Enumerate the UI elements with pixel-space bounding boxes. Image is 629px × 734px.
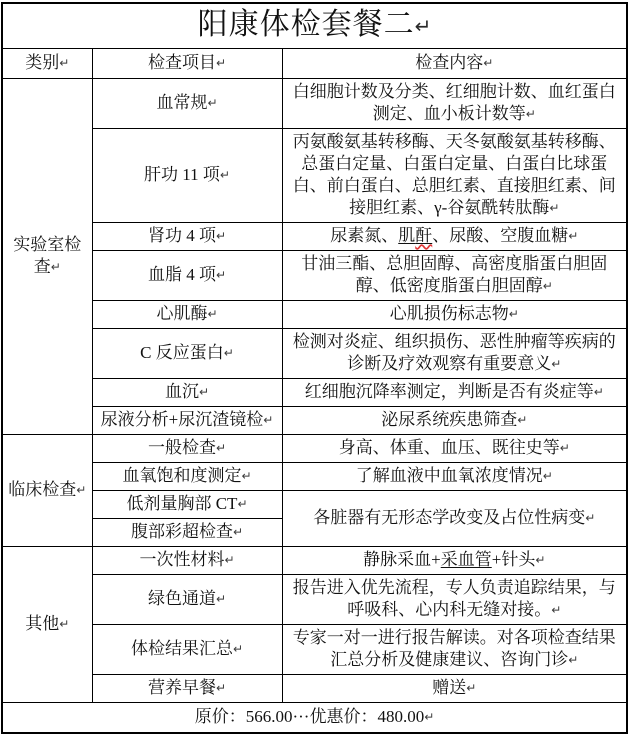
title-text: 阳康体检套餐二 xyxy=(198,8,415,41)
item-cell: 尿液分析+尿沉渣镜检↵ xyxy=(92,407,282,435)
content-cell: 专家一对一进行报告解读。对各项检查结果汇总分析及健康建议、咨询门诊↵ xyxy=(282,625,627,675)
return-mark: ↵ xyxy=(549,197,559,219)
price-summary: 原价：566.00···优惠价：480.00↵ xyxy=(2,703,627,734)
content-cell: 甘油三酯、总胆固醇、高密度脂蛋白胆固醇、低密度脂蛋白胆固醇↵ xyxy=(282,251,627,301)
return-mark: ↵ xyxy=(216,437,226,459)
space-dots: ··· xyxy=(292,707,309,726)
table-row-general-exam: 临床检查↵ 一般检查↵ 身高、体重、血压、既往史等↵ xyxy=(2,435,627,463)
underlined-term: 肌酐 xyxy=(398,226,432,245)
item-cell: 血氧饱和度测定↵ xyxy=(92,463,282,491)
checkup-package-table: 阳康体检套餐二↵ 类别↵ 检查项目↵ 检查内容↵ 实验室检查↵ 血常规↵ 白细胞… xyxy=(1,2,628,734)
category-cell-other: 其他↵ xyxy=(2,547,92,703)
return-mark: ↵ xyxy=(594,381,604,403)
table-row-crp: C 反应蛋白↵ 检测对炎症、组织损伤、恶性肿瘤等疾病的诊断及疗效观察有重要意义↵ xyxy=(2,329,627,379)
content-cell: 静脉采血+采血管+针头↵ xyxy=(282,547,627,575)
return-mark: ↵ xyxy=(59,52,69,75)
item-cell: 营养早餐↵ xyxy=(92,675,282,703)
content-cell: 丙氨酸氨基转移酶、天冬氨酸氨基转移酶、总蛋白定量、白蛋白定量、白蛋白比球蛋白、前… xyxy=(282,129,627,223)
content-cell: 了解血液中血氧浓度情况↵ xyxy=(282,463,627,491)
return-mark: ↵ xyxy=(233,521,243,543)
item-cell: 一次性材料↵ xyxy=(92,547,282,575)
item-cell: 血沉↵ xyxy=(92,379,282,407)
content-cell: 心肌损伤标志物↵ xyxy=(282,301,627,329)
content-cell: 赠送↵ xyxy=(282,675,627,703)
table-row-report-summary: 体检结果汇总↵ 专家一对一进行报告解读。对各项检查结果汇总分析及健康建议、咨询门… xyxy=(2,625,627,675)
return-mark: ↵ xyxy=(551,599,561,621)
content-cell: 泌尿系统疾患筛查↵ xyxy=(282,407,627,435)
spellcheck-squiggle-term: 酐 xyxy=(415,226,432,245)
return-mark: ↵ xyxy=(199,381,209,403)
return-mark: ↵ xyxy=(517,409,527,431)
page-title: 阳康体检套餐二↵ xyxy=(2,3,627,49)
item-cell: C 反应蛋白↵ xyxy=(92,329,282,379)
return-mark: ↵ xyxy=(237,493,247,515)
return-mark: ↵ xyxy=(466,677,476,699)
return-mark: ↵ xyxy=(241,465,251,487)
return-mark: ↵ xyxy=(51,256,61,278)
document-page: 阳康体检套餐二↵ 类别↵ 检查项目↵ 检查内容↵ 实验室检查↵ 血常规↵ 白细胞… xyxy=(0,0,627,734)
column-header-category: 类别↵ xyxy=(2,49,92,79)
table-row-liver-function: 肝功 11 项↵ 丙氨酸氨基转移酶、天冬氨酸氨基转移酶、总蛋白定量、白蛋白定量、… xyxy=(2,129,627,223)
price-row: 原价：566.00···优惠价：480.00↵ xyxy=(2,703,627,734)
content-cell: 尿素氮、肌酐、尿酸、空腹血糖↵ xyxy=(282,223,627,251)
return-mark: ↵ xyxy=(543,275,553,297)
item-cell: 肝功 11 项↵ xyxy=(92,129,282,223)
return-mark: ↵ xyxy=(216,677,226,699)
item-cell: 绿色通道↵ xyxy=(92,575,282,625)
return-mark: ↵ xyxy=(424,706,434,729)
table-row-kidney-function: 肾功 4 项↵ 尿素氮、肌酐、尿酸、空腹血糖↵ xyxy=(2,223,627,251)
title-row: 阳康体检套餐二↵ xyxy=(2,3,627,49)
item-cell: 低剂量胸部 CT↵ xyxy=(92,491,282,519)
discount-price-label: 优惠价： xyxy=(309,707,377,726)
return-mark: ↵ xyxy=(483,52,493,75)
table-row-chest-ct: 低剂量胸部 CT↵ 各脏器有无形态学改变及占位性病变↵ xyxy=(2,491,627,519)
original-price-label: 原价： xyxy=(195,707,246,726)
return-mark: ↵ xyxy=(233,638,243,660)
return-mark: ↵ xyxy=(543,465,553,487)
column-header-content: 检查内容↵ xyxy=(282,49,627,79)
item-cell: 肾功 4 项↵ xyxy=(92,223,282,251)
column-header-item: 检查项目↵ xyxy=(92,49,282,79)
return-mark: ↵ xyxy=(76,479,86,501)
item-cell: 体检结果汇总↵ xyxy=(92,625,282,675)
original-price-value: 566.00 xyxy=(246,707,293,726)
item-cell: 心肌酶↵ xyxy=(92,301,282,329)
discount-price-value: 480.00 xyxy=(377,707,424,726)
return-mark: ↵ xyxy=(415,7,432,45)
return-mark: ↵ xyxy=(526,103,536,125)
return-mark: ↵ xyxy=(216,225,226,247)
table-row-green-channel: 绿色通道↵ 报告进入优先流程，专人负责追踪结果，与呼吸科、心内科无缝对接。↵ xyxy=(2,575,627,625)
return-mark: ↵ xyxy=(216,52,226,75)
return-mark: ↵ xyxy=(568,225,578,247)
return-mark: ↵ xyxy=(509,303,519,325)
table-row-urinalysis: 尿液分析+尿沉渣镜检↵ 泌尿系统疾患筛查↵ xyxy=(2,407,627,435)
return-mark: ↵ xyxy=(263,409,273,431)
category-cell-clinical: 临床检查↵ xyxy=(2,435,92,547)
item-cell: 血脂 4 项↵ xyxy=(92,251,282,301)
underlined-term: 采血管 xyxy=(441,550,492,569)
table-row-cardiac-enzyme: 心肌酶↵ 心肌损伤标志物↵ xyxy=(2,301,627,329)
table-row-blood-routine: 实验室检查↵ 血常规↵ 白细胞计数及分类、红细胞计数、血红蛋白测定、血小板计数等… xyxy=(2,79,627,129)
header-row: 类别↵ 检查项目↵ 检查内容↵ xyxy=(2,49,627,79)
table-row-spo2: 血氧饱和度测定↵ 了解血液中血氧浓度情况↵ xyxy=(2,463,627,491)
item-cell: 一般检查↵ xyxy=(92,435,282,463)
content-cell: 白细胞计数及分类、红细胞计数、血红蛋白测定、血小板计数等↵ xyxy=(282,79,627,129)
table-row-esr: 血沉↵ 红细胞沉降率测定，判断是否有炎症等↵ xyxy=(2,379,627,407)
return-mark: ↵ xyxy=(224,549,234,571)
item-cell: 血常规↵ xyxy=(92,79,282,129)
table-row-blood-lipid: 血脂 4 项↵ 甘油三酯、总胆固醇、高密度脂蛋白胆固醇、低密度脂蛋白胆固醇↵ xyxy=(2,251,627,301)
return-mark: ↵ xyxy=(560,437,570,459)
content-cell-imaging-merged: 各脏器有无形态学改变及占位性病变↵ xyxy=(282,491,627,547)
return-mark: ↵ xyxy=(207,92,217,114)
return-mark: ↵ xyxy=(59,613,69,635)
return-mark: ↵ xyxy=(585,507,595,529)
content-cell: 身高、体重、血压、既往史等↵ xyxy=(282,435,627,463)
item-cell: 腹部彩超检查↵ xyxy=(92,519,282,547)
content-cell: 红细胞沉降率测定，判断是否有炎症等↵ xyxy=(282,379,627,407)
table-row-breakfast: 营养早餐↵ 赠送↵ xyxy=(2,675,627,703)
return-mark: ↵ xyxy=(220,164,230,186)
return-mark: ↵ xyxy=(568,649,578,671)
return-mark: ↵ xyxy=(224,342,234,364)
return-mark: ↵ xyxy=(216,588,226,610)
return-mark: ↵ xyxy=(551,353,561,375)
content-cell: 报告进入优先流程，专人负责追踪结果，与呼吸科、心内科无缝对接。↵ xyxy=(282,575,627,625)
table-row-disposables: 其他↵ 一次性材料↵ 静脉采血+采血管+针头↵ xyxy=(2,547,627,575)
category-cell-lab: 实验室检查↵ xyxy=(2,79,92,435)
return-mark: ↵ xyxy=(216,264,226,286)
return-mark: ↵ xyxy=(207,303,217,325)
content-cell: 检测对炎症、组织损伤、恶性肿瘤等疾病的诊断及疗效观察有重要意义↵ xyxy=(282,329,627,379)
return-mark: ↵ xyxy=(535,549,545,571)
